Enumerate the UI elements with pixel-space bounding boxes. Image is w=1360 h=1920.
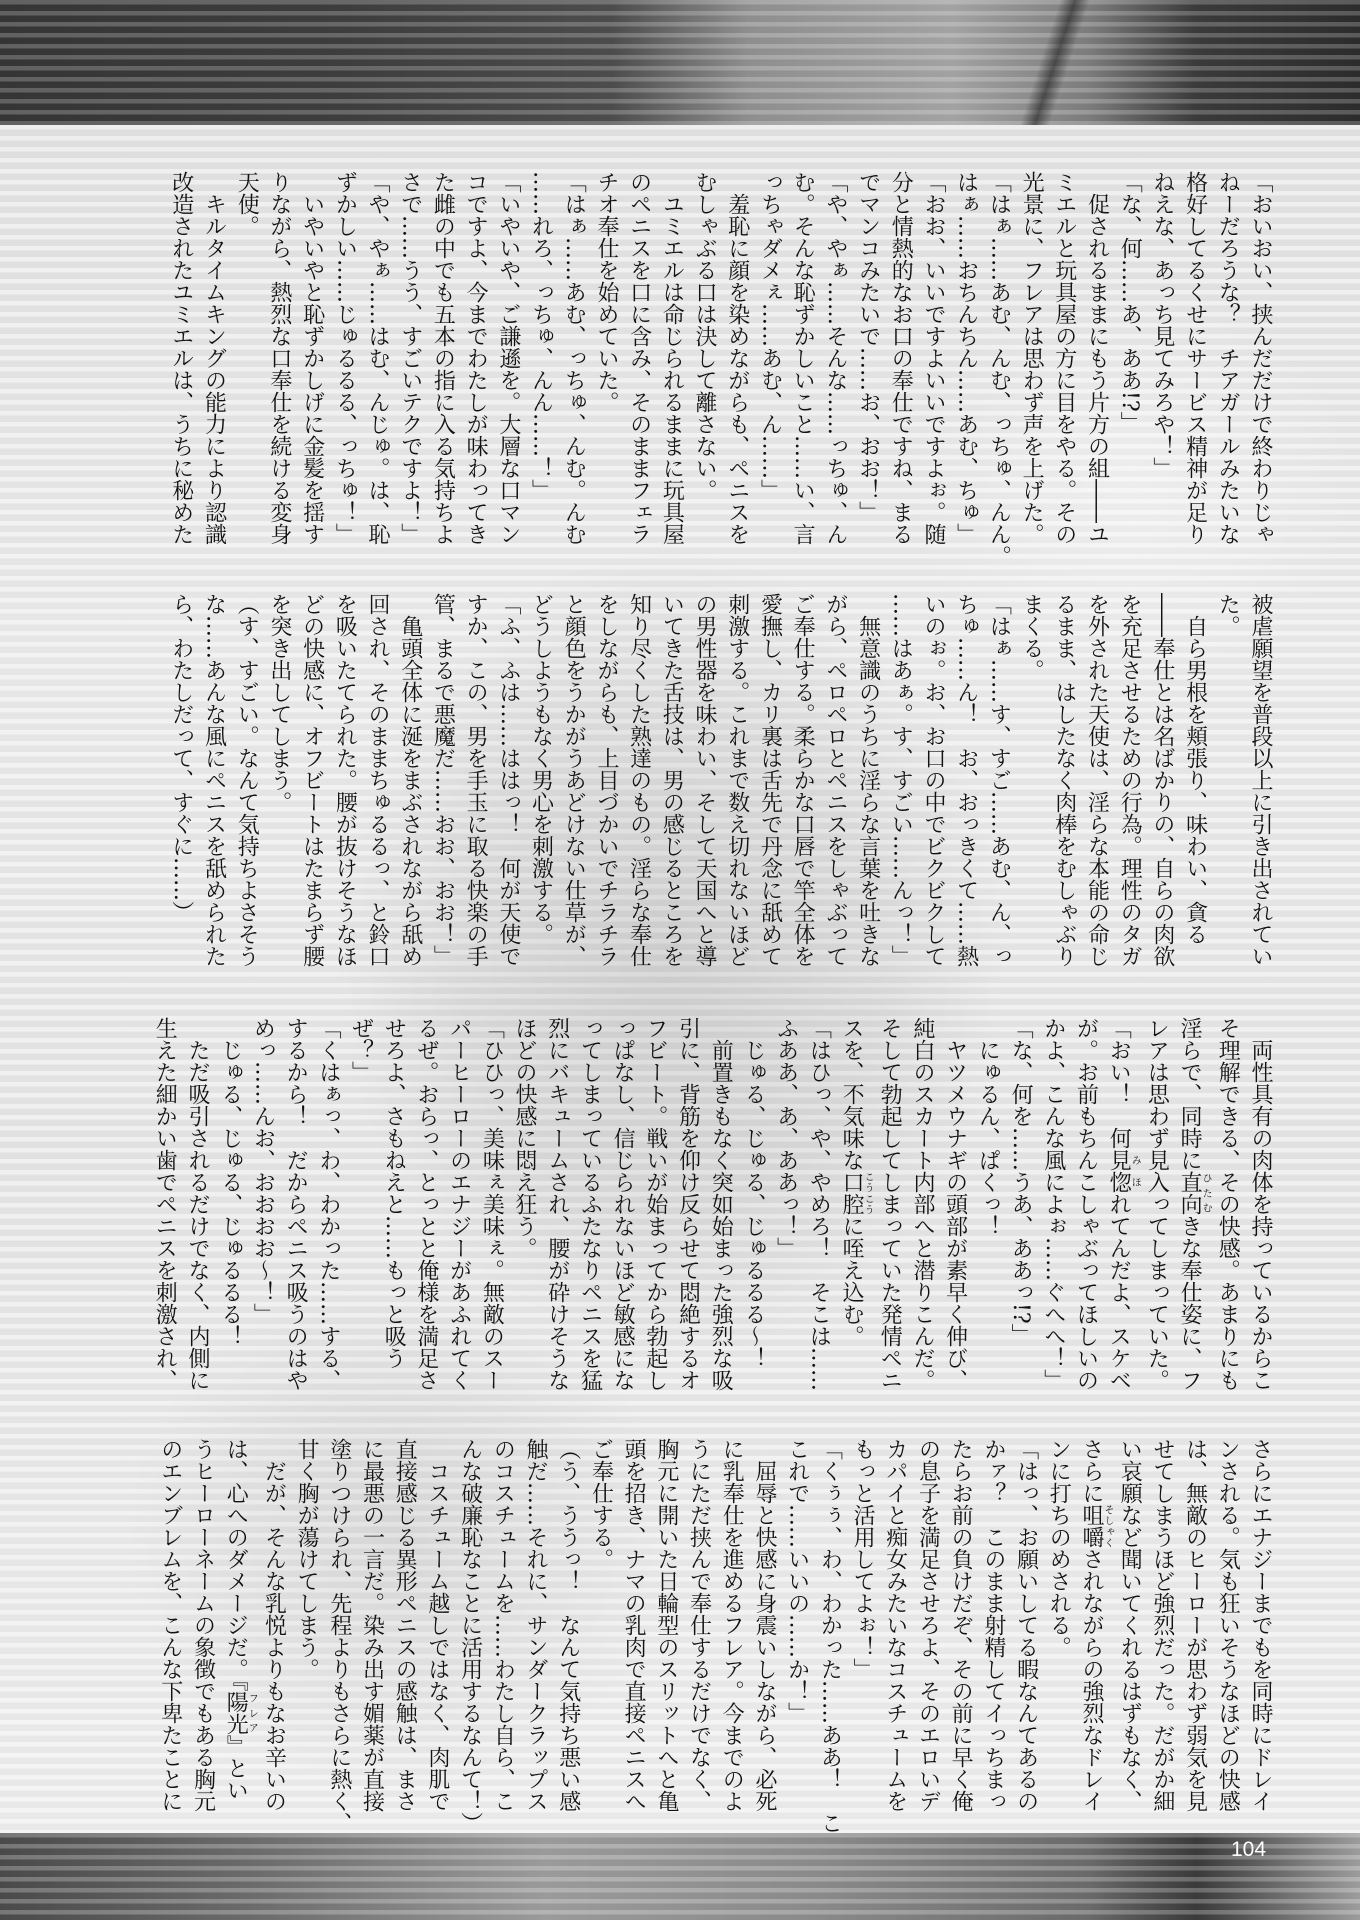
text-line: のコスチュームを……わたし自ら、こ <box>486 1438 519 1812</box>
text-line: をしながらも、上目づかいでチラチラ <box>589 593 622 967</box>
text-line: ねーだろうな？ チアガールみたいな <box>1211 171 1244 545</box>
text-line: パーヒーローのエナジーがあふれてく <box>442 1017 475 1391</box>
text-line: キルタイムキングの能力により認識 <box>197 171 230 545</box>
text-line: 「な、何を……うあ、ああっ!?」 <box>1003 1017 1036 1391</box>
text-line: さで……うう、すごいテクですよ！」 <box>393 171 426 545</box>
text-line: と顔色をうかがうあどけない仕草が、 <box>557 593 590 967</box>
text-line: うヒーローネームの象徴でもある胸元 <box>186 1438 219 1812</box>
text-line: かよ、こんな風によぉ……ぐへへ！」 <box>1036 1017 1069 1391</box>
text-line: すか、この、男を手玉に取る快楽の手 <box>458 593 491 967</box>
text-line: 烈にバキュームされ、腰が砕けそうな <box>540 1017 573 1391</box>
text-line: 生えた細かい歯でペニスを刺激され、 <box>148 1017 181 1391</box>
text-line: じゅる、じゅる、じゅるるる～！ <box>736 1017 769 1391</box>
text-line: ご奉仕する。 <box>584 1438 617 1812</box>
text-line: ンされる。気も狂いそうなほどの快感 <box>1211 1438 1244 1812</box>
text-line: 胸元に開いた日輪型のスリットへと亀 <box>649 1438 682 1812</box>
furigana: 口腔こうこう <box>839 1171 864 1215</box>
text-line: 被虐願望を普段以上に引き出されてい <box>1243 593 1276 967</box>
text-line: いてきた舌技は、男の感じるところを <box>655 593 688 967</box>
light-streak <box>1020 0 1091 125</box>
text-line: のエンブレムを、こんな下卑たことに <box>153 1438 186 1812</box>
text-line: たらお前の負けだぞ、その前に早く俺 <box>943 1438 976 1812</box>
text-line: 触だ……それに、サンダークラップス <box>518 1438 551 1812</box>
text-line: めっ……んお、おおおお～！」 <box>246 1017 279 1391</box>
text-line: そして勃起してしまっていた発情ペニ <box>873 1017 906 1391</box>
text-line: 亀頭全体に涎をまぶされながら舐め <box>393 593 426 967</box>
furigana: 咀嚼そしゃく <box>1079 1504 1104 1548</box>
text-line: いのぉ。お、お口の中でビクビクして <box>916 593 949 967</box>
text-line: 「はぁ……あむ、んむ、っちゅ、んん。 <box>982 171 1015 545</box>
text-line: ほどの快感に悶え狂う。 <box>507 1017 540 1391</box>
text-line: ンに打ちのめされる。 <box>1042 1438 1075 1812</box>
text-line: の男性器を味わい、そして天国へと導 <box>687 593 720 967</box>
text-line: た。 <box>1211 593 1244 967</box>
text-line: （す、すごい。なんて気持ちよさそう <box>230 593 263 967</box>
text-line: ただ吸引されるだけでなく、内側に <box>180 1017 213 1391</box>
furigana: 陽光フレア <box>223 1691 248 1735</box>
text-line: カパイと痴女みたいなコスチュームを <box>878 1438 911 1812</box>
text-line: 光景に、フレアは思わず声を上げた。 <box>1014 171 1047 545</box>
text-line: もっと活用してよぉ！」 <box>845 1438 878 1812</box>
text-line: っぱなし、信じられないほど敏感にな <box>605 1017 638 1391</box>
text-line: 自ら男根を頬張り、味わい、貪る <box>1178 593 1211 967</box>
text-tier-4: さらにエナジーまでもを同時にドレイ ンされる。気も狂いそうなほどの快感 は、無敵… <box>164 1438 1276 1812</box>
text-line: 改造されたユミエルは、うちに秘めた <box>164 171 197 545</box>
text-line: 「はぁ……あむ、っちゅ、んむ。んむ <box>557 171 590 545</box>
text-line: ――奉仕とは名ばかりの、自らの肉欲 <box>1145 593 1178 967</box>
text-line: るぜ。おらっ、とっとと俺様を満足さ <box>409 1017 442 1391</box>
text-line: せろよ、さもねえと……もっと吸う <box>377 1017 410 1391</box>
text-line: うにただ挟んで奉仕するだけでなく、 <box>682 1438 715 1812</box>
text-line: さらにエナジーまでもを同時にドレイ <box>1243 1438 1276 1812</box>
text-line: に最悪の一言だ。染み出す媚薬が直接 <box>355 1438 388 1812</box>
page-number: 104 <box>1231 1838 1266 1862</box>
text-line: 「くぅぅ、わ、わかった……ああ！ こ、 <box>813 1438 846 1812</box>
text-line: 「くはぁっ、わ、わかった……する、 <box>311 1017 344 1391</box>
text-line: のペニスを口に含み、そのままフェラ <box>622 171 655 545</box>
text-line: に乳奉仕を進めるフレア。今までのよ <box>715 1438 748 1812</box>
text-line: 天使。 <box>230 171 263 545</box>
text-line: 回され、そのままちゅるるっ、と鈴口 <box>360 593 393 967</box>
text-line: 淫らで、同時に直向ひたむきな奉仕姿に、フ <box>1172 1017 1210 1391</box>
text-line: どの快感に、オフビートはたまらず腰 <box>295 593 328 967</box>
text-line: は、心へのダメージだ。『陽光フレア』とい <box>219 1438 257 1812</box>
text-line: にゅるん、ぱくっ！ <box>971 1017 1004 1391</box>
text-line: 純白のスカート内部へと潜りこんだ。 <box>905 1017 938 1391</box>
text-line: 両性具有の肉体を持っているからこ <box>1243 1017 1276 1391</box>
text-line: んな破廉恥なことに活用するなんて！） <box>453 1438 486 1812</box>
text-line: レアは思わず見入ってしまっていた。 <box>1140 1017 1173 1391</box>
text-line: ずかしい……じゅるるる、っちゅ！」 <box>328 171 361 545</box>
text-line: 「ふ、ふは……ははっ！ 何が天使で <box>491 593 524 967</box>
text-line: を突き出してしまう。 <box>262 593 295 967</box>
text-line: いやいやと恥ずかしげに金髪を揺す <box>295 171 328 545</box>
text-line: を充足させるための行為。理性のタガ <box>1112 593 1145 967</box>
text-line: 管、まるで悪魔だ……おお、おお！」 <box>426 593 459 967</box>
text-line: を吸いたてられた。腰が抜けそうなほ <box>328 593 361 967</box>
text-line: 促されるままにもう片方の組――ユ <box>1080 171 1113 545</box>
text-line: 知り尽くした熟達のもの。淫らな奉仕 <box>622 593 655 967</box>
text-line: ふああ、あ、ああっ！」 <box>769 1017 802 1391</box>
text-line: 愛撫し、カリ裏は舌先で丹念に舐めて <box>753 593 786 967</box>
text-line: スを、不気味な口腔こうこうに咥え込む。 <box>834 1017 872 1391</box>
text-line: フビート。戦いが始まってから勃起し <box>638 1017 671 1391</box>
text-line: は、無敵のヒーローが思わず弱気を見 <box>1178 1438 1211 1812</box>
text-line: じゅる、じゅる、じゅるるる！ <box>213 1017 246 1391</box>
text-line: （う、ううっ！ なんて気持ち悪い感 <box>551 1438 584 1812</box>
top-decorative-band <box>0 0 1360 125</box>
text-line: るまま、はしたなく肉棒をむしゃぶり <box>1047 593 1080 967</box>
text-line: 「や、やぁ……はむ、んじゅ。は、恥 <box>360 171 393 545</box>
text-line: む。そんな恥ずかしいこと……い、言 <box>785 171 818 545</box>
text-line: コですよ、今までわたしが味わってき <box>458 171 491 545</box>
text-line: これで……いいの……か！」 <box>780 1438 813 1812</box>
text-line: が。お前もちんこしゃぶってほしいの <box>1069 1017 1102 1391</box>
text-line: 頭を招き、ナマの乳肉で直接ペニスへ <box>616 1438 649 1812</box>
text-line: 「や、やぁ……そんな……っちゅ、ん <box>818 171 851 545</box>
text-line: ……はあぁ。す、すごい……んっ！」 <box>884 593 917 967</box>
text-line: 「おい！ 何見惚みほれてんだよ、スケベ <box>1101 1017 1139 1391</box>
text-line: チオ奉仕を始めていた。 <box>589 171 622 545</box>
text-line: 無意識のうちに淫らな言葉を吐きな <box>851 593 884 967</box>
text-line: 塗りつけられ、先程よりもさらに熱く、 <box>322 1438 355 1812</box>
text-line: 「はっ、お願いしてる暇なんてあるの <box>1009 1438 1042 1812</box>
text-line: 刺激する。これまで数え切れないほど <box>720 593 753 967</box>
text-line: 甘く胸が蕩けてしまう。 <box>289 1438 322 1812</box>
text-line: 直接感じる異形ペニスの感触は、まさ <box>388 1438 421 1812</box>
text-line: だが、そんな乳悦よりもなお辛いの <box>257 1438 290 1812</box>
text-line: ミエルと玩具屋の方に目をやる。その <box>1047 171 1080 545</box>
text-line: そ理解できる、その快感。あまりにも <box>1211 1017 1244 1391</box>
text-line: な……あんな風にペニスを舐められた <box>197 593 230 967</box>
text-line: むしゃぶる口は決して離さない。 <box>687 171 720 545</box>
text-line: 前置きもなく突如始まった強烈な吸 <box>704 1017 737 1391</box>
text-line: 「はひっ、や、やめろ！ そこは…… <box>802 1017 835 1391</box>
furigana: 直向ひたむ <box>1177 1171 1202 1215</box>
text-line: さらに咀嚼そしゃくされながらの強烈なドレイ <box>1074 1438 1112 1812</box>
text-line: い哀願など聞いてくれるはずもなく、 <box>1112 1438 1145 1812</box>
text-line: ら、わたしだって、すぐに……） <box>164 593 197 967</box>
text-line: 引に、背筋を仰け反らせて悶絶するオ <box>671 1017 704 1391</box>
text-line: 格好してるくせにサービス精神が足り <box>1178 171 1211 545</box>
text-line: 羞恥に顔を染めながらも、ペニスを <box>720 171 753 545</box>
text-line: ユミエルは命じられるままに玩具屋 <box>655 171 688 545</box>
text-line: っちゃダメぇ……あむ、ん……」 <box>753 171 786 545</box>
text-line: た雌の中でも五本の指に入る気持ちよ <box>426 171 459 545</box>
text-line: コスチューム越しではなく、肉肌で <box>420 1438 453 1812</box>
text-line: 屈辱と快感に身震いしながら、必死 <box>747 1438 780 1812</box>
text-line: ……れろ、っちゅ、んん……！」 <box>524 171 557 545</box>
text-line: でマンコみたいで……お、おお！」 <box>851 171 884 545</box>
text-line: せてしまうほど強烈だった。だがか細 <box>1145 1438 1178 1812</box>
text-line: ってしまっているふたなりペニスを猛 <box>573 1017 606 1391</box>
text-line: 「おお、いいですよいいですよぉ。随 <box>916 171 949 545</box>
text-line: かァ？ このまま射精してイっちまっ <box>976 1438 1009 1812</box>
text-line: ちゅ……ん！ お、おっきくて……熱 <box>949 593 982 967</box>
text-line: りながら、熱烈な口奉仕を続ける変身 <box>262 171 295 545</box>
text-line: 「な、何……あ、ああ!?」 <box>1112 171 1145 545</box>
text-tier-2: 被虐願望を普段以上に引き出されてい た。 自ら男根を頬張り、味わい、貪る ――奉… <box>164 593 1276 967</box>
text-line: ねえな、あっち見てみろや！」 <box>1145 171 1178 545</box>
text-line: の息子を満足させろよ、そのエロいデ <box>911 1438 944 1812</box>
text-line: はぁ……おちんちん……あむ、ちゅ」 <box>949 171 982 545</box>
text-line: 分と情熱的なお口の奉仕ですね、まる <box>884 171 917 545</box>
text-line: ヤツメウナギの頭部が素早く伸び、 <box>938 1017 971 1391</box>
text-tier-1: 「おいおい、挟んだだけで終わりじゃ ねーだろうな？ チアガールみたいな 格好して… <box>164 171 1276 545</box>
text-line: 「はぁ……す、すご……あむ、ん、っ <box>982 593 1015 967</box>
text-line: するから！ だからペニス吸うのはや <box>278 1017 311 1391</box>
text-line: 「おいおい、挟んだだけで終わりじゃ <box>1243 171 1276 545</box>
text-line: ご奉仕する。柔らかな口唇で竿全体を <box>785 593 818 967</box>
text-line: 「いやいや、ご謙遜を。大層な口マン <box>491 171 524 545</box>
text-line: を外された天使は、淫らな本能の命じ <box>1080 593 1113 967</box>
text-tier-3: 両性具有の肉体を持っているからこ そ理解できる、その快感。あまりにも 淫らで、同… <box>164 1017 1276 1391</box>
text-line: どうしようもなく男心を刺激する。 <box>524 593 557 967</box>
text-line: がら、ペロペロとペニスをしゃぶって <box>818 593 851 967</box>
text-line: 「ひひっ、美味ぇ美味ぇ。無敵のスー <box>475 1017 508 1391</box>
text-line: ぜ？」 <box>344 1017 377 1391</box>
text-line: まくる。 <box>1014 593 1047 967</box>
bottom-decorative-band <box>0 1833 1360 1920</box>
furigana: 見惚みほ <box>1106 1149 1131 1193</box>
